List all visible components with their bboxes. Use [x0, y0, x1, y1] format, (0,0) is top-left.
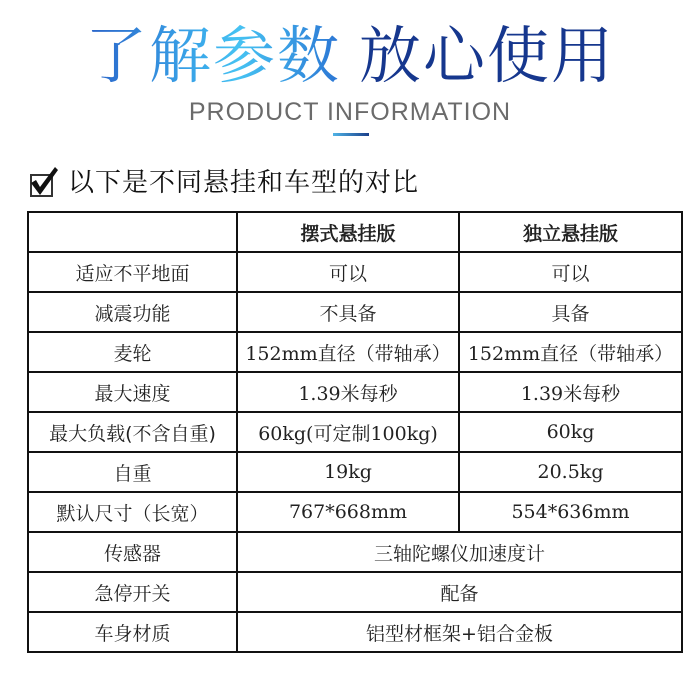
table-row: 减震功能 不具备 具备	[28, 292, 682, 332]
independent-value: 可以	[459, 252, 682, 292]
page-title: 了解参数放心使用	[0, 14, 700, 98]
section-heading-text: 以下是不同悬挂和车型的对比	[68, 162, 419, 199]
title-part-2: 放心使用	[359, 19, 615, 92]
independent-value: 1.39米每秒	[459, 372, 682, 412]
comparison-table: 摆式悬挂版 独立悬挂版 适应不平地面 可以 可以 减震功能 不具备 具备 麦轮 …	[27, 211, 683, 653]
checkbox-checked-icon	[28, 165, 58, 195]
independent-value: 60kg	[459, 412, 682, 452]
subtitle: PRODUCT INFORMATION	[0, 98, 700, 127]
independent-value: 554*636mm	[459, 492, 682, 532]
row-label: 急停开关	[28, 572, 237, 612]
shared-value: 三轴陀螺仪加速度计	[237, 532, 682, 572]
table-row: 最大负载(不含自重) 60kg(可定制100kg) 60kg	[28, 412, 682, 452]
shared-value: 铝型材框架+铝合金板	[237, 612, 682, 652]
row-label: 最大速度	[28, 372, 237, 412]
independent-value: 20.5kg	[459, 452, 682, 492]
swing-value: 767*668mm	[237, 492, 459, 532]
swing-value: 19kg	[237, 452, 459, 492]
swing-value: 152mm直径（带轴承）	[237, 332, 459, 372]
section-heading: 以下是不同悬挂和车型的对比	[28, 160, 419, 200]
row-label: 传感器	[28, 532, 237, 572]
swing-value: 1.39米每秒	[237, 372, 459, 412]
header-cell-independent-suspension: 独立悬挂版	[459, 212, 682, 252]
row-label: 默认尺寸（长宽）	[28, 492, 237, 532]
independent-value: 具备	[459, 292, 682, 332]
swing-value: 60kg(可定制100kg)	[237, 412, 459, 452]
table-row: 适应不平地面 可以 可以	[28, 252, 682, 292]
table-row: 自重 19kg 20.5kg	[28, 452, 682, 492]
row-label: 适应不平地面	[28, 252, 237, 292]
table-row: 麦轮 152mm直径（带轴承） 152mm直径（带轴承）	[28, 332, 682, 372]
table-row-merged: 车身材质 铝型材框架+铝合金板	[28, 612, 682, 652]
independent-value: 152mm直径（带轴承）	[459, 332, 682, 372]
swing-value: 不具备	[237, 292, 459, 332]
header-cell-empty	[28, 212, 237, 252]
swing-value: 可以	[237, 252, 459, 292]
table-row: 最大速度 1.39米每秒 1.39米每秒	[28, 372, 682, 412]
row-label: 麦轮	[28, 332, 237, 372]
title-underline-divider	[333, 133, 369, 136]
title-part-1: 了解参数	[85, 19, 341, 92]
table-row-merged: 传感器 三轴陀螺仪加速度计	[28, 532, 682, 572]
shared-value: 配备	[237, 572, 682, 612]
table-header-row: 摆式悬挂版 独立悬挂版	[28, 212, 682, 252]
table-row-merged: 急停开关 配备	[28, 572, 682, 612]
row-label: 最大负载(不含自重)	[28, 412, 237, 452]
row-label: 车身材质	[28, 612, 237, 652]
header-cell-swing-suspension: 摆式悬挂版	[237, 212, 459, 252]
table-row: 默认尺寸（长宽） 767*668mm 554*636mm	[28, 492, 682, 532]
row-label: 自重	[28, 452, 237, 492]
row-label: 减震功能	[28, 292, 237, 332]
